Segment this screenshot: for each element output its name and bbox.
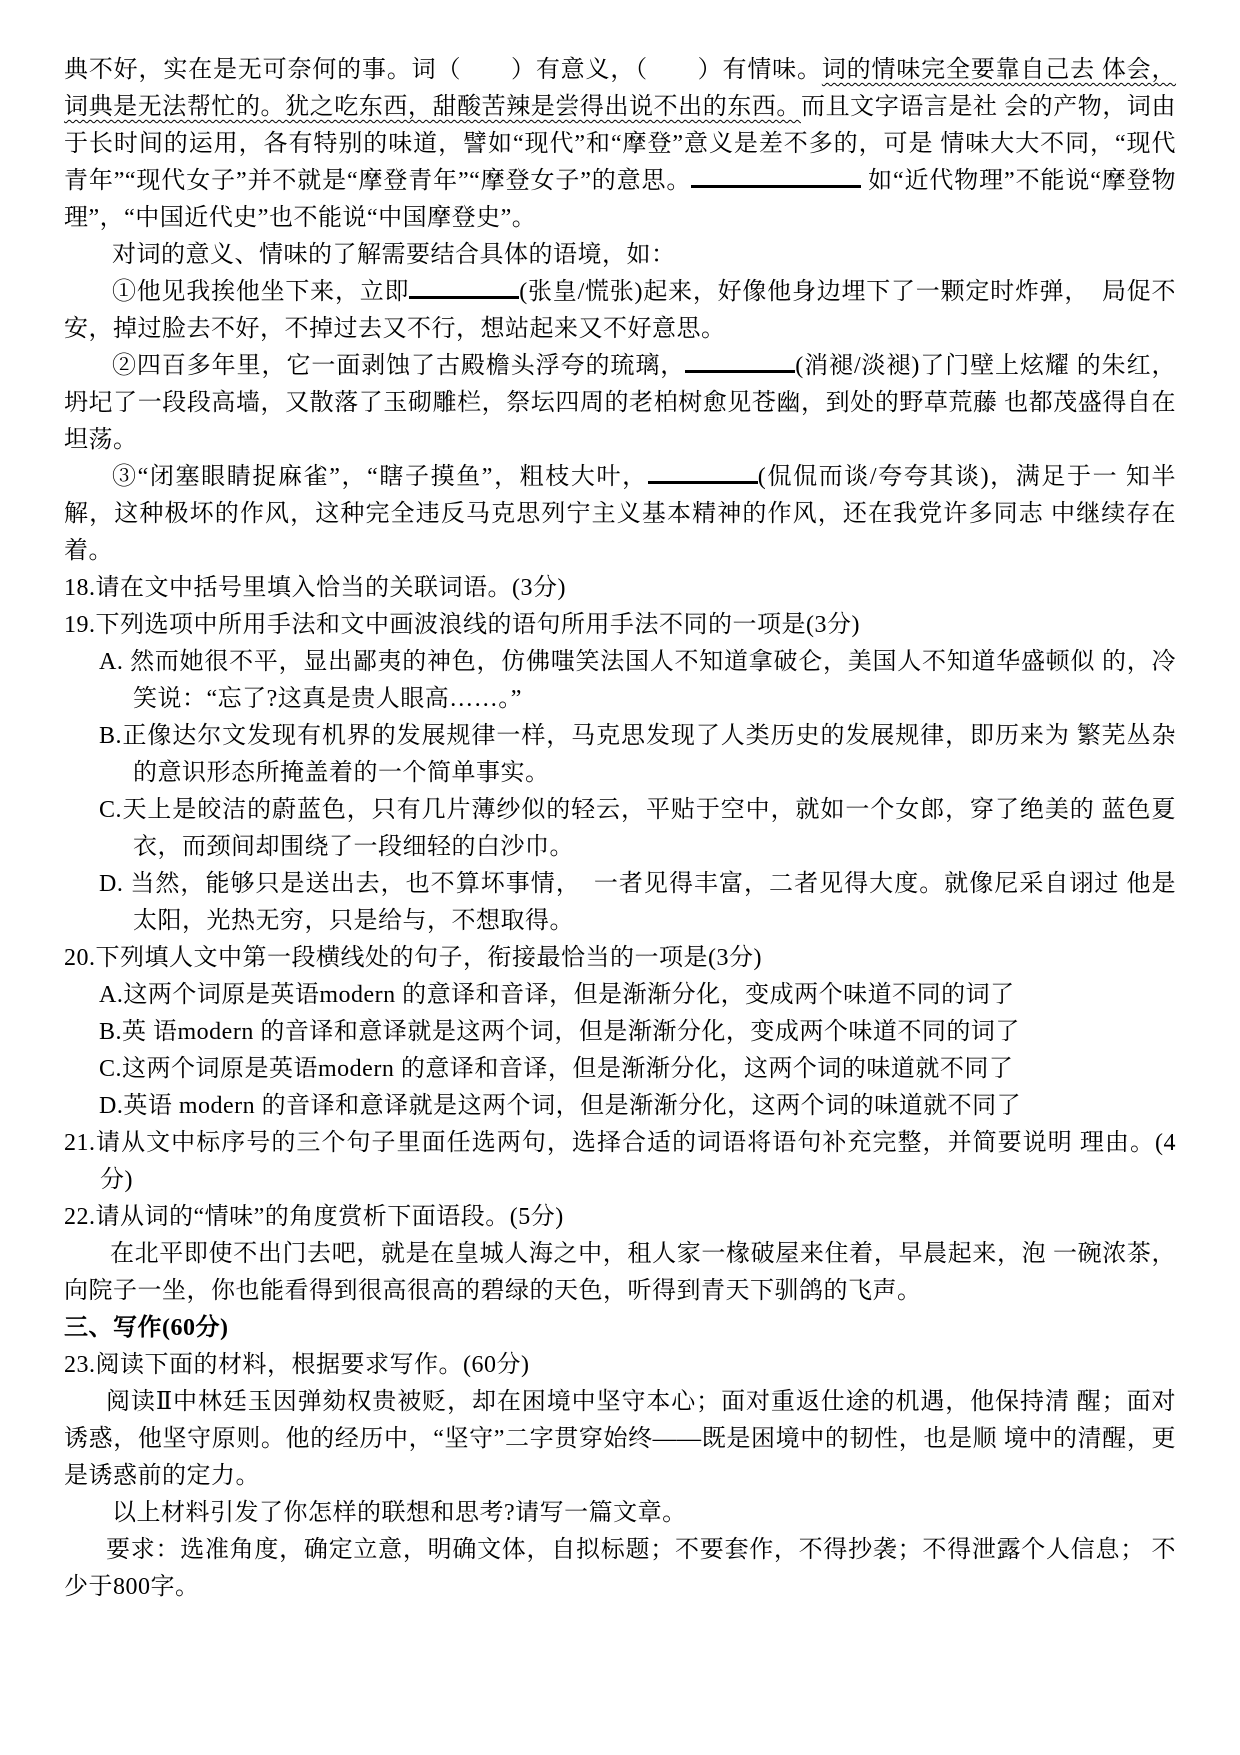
numbered-sentence-1: ①他见我挨他坐下来，立即(张皇/慌张)起来，好像他身边埋下了一颗定时炸弹， 局促… bbox=[64, 274, 1176, 348]
body-paragraph-continuation: 典不好，实在是无可奈何的事。词（ ）有意义，（ ）有情味。词的情味完全要靠自己去… bbox=[64, 52, 1176, 237]
text-run: 对词的意义、情味的了解需要结合具体的语境，如： bbox=[112, 242, 676, 268]
option-19-c: C.天上是皎洁的蔚蓝色，只有几片薄纱似的轻云，平贴于空中，就如一个女郎，穿了绝美… bbox=[64, 792, 1176, 866]
option-19-a: A. 然而她很不平，显出鄙夷的神色，仿佛嗤笑法国人不知道拿破仑，美国人不知道华盛… bbox=[64, 644, 1176, 718]
text-run: B.英 语modern 的音译和意译就是这两个词，但是渐渐分化，变成两个味道不同… bbox=[99, 1019, 1020, 1045]
text-run: 20.下列填人文中第一段横线处的句子，衔接最恰当的一项是(3分) bbox=[64, 945, 762, 971]
text-run: ②四百多年里，它一面剥蚀了古殿檐头浮夸的琉璃， bbox=[112, 353, 685, 379]
fill-in-blank-line bbox=[691, 163, 861, 188]
section-heading-writing: 三、写作(60分) bbox=[64, 1310, 1176, 1347]
question-22: 22.请从词的“情味”的角度赏析下面语段。(5分) bbox=[64, 1199, 1176, 1236]
text-run: C.天上是皎洁的蔚蓝色，只有几片薄纱似的轻云，平贴于空中，就如一个女郎，穿了绝美… bbox=[99, 797, 1176, 860]
text-run: ③“闭塞眼睛捉麻雀”，“瞎子摸鱼”，粗枝大叶， bbox=[112, 464, 648, 490]
fill-in-blank-line bbox=[685, 348, 795, 373]
option-20-c: C.这两个词原是英语modern 的意译和音译，但是渐渐分化，这两个词的味道就不… bbox=[64, 1051, 1176, 1088]
question-20: 20.下列填人文中第一段横线处的句子，衔接最恰当的一项是(3分) bbox=[64, 940, 1176, 977]
text-run: 三、写作(60分) bbox=[64, 1315, 228, 1341]
option-19-b: B.正像达尔文发现有机界的发展规律一样，马克思发现了人类历史的发展规律，即历来为… bbox=[64, 718, 1176, 792]
question-23: 23.阅读下面的材料，根据要求写作。(60分) bbox=[64, 1347, 1176, 1384]
fill-in-blank-line bbox=[648, 459, 758, 484]
text-run: 18.请在文中括号里填入恰当的关联词语。(3分) bbox=[64, 575, 566, 601]
text-run: 阅读Ⅱ中林廷玉因弹劾权贵被贬，却在困境中坚守本心；面对重返仕途的机遇，他保持清 … bbox=[64, 1389, 1176, 1489]
option-20-a: A.这两个词原是英语modern 的意译和音译，但是渐渐分化，变成两个味道不同的… bbox=[64, 977, 1176, 1014]
text-run: 在北平即使不出门去吧，就是在皇城人海之中，租人家一椽破屋来住着，早晨起来，泡 一… bbox=[64, 1241, 1176, 1304]
numbered-sentence-3: ③“闭塞眼睛捉麻雀”，“瞎子摸鱼”，粗枝大叶，(侃侃而谈/夸夸其谈)，满足于一 … bbox=[64, 459, 1176, 570]
page-content: 典不好，实在是无可奈何的事。词（ ）有意义，（ ）有情味。词的情味完全要靠自己去… bbox=[64, 52, 1176, 1606]
text-run: D. 当然，能够只是送出去，也不算坏事情， 一者见得丰富，二者见得大度。就像尼采… bbox=[99, 871, 1176, 934]
text-run: A.这两个词原是英语modern 的意译和音译，但是渐渐分化，变成两个味道不同的… bbox=[99, 982, 1015, 1008]
text-run: C.这两个词原是英语modern 的意译和音译，但是渐渐分化，这两个词的味道就不… bbox=[99, 1056, 1013, 1082]
requirements-paragraph: 要求：选准角度，确定立意，明确文体，自拟标题；不要套作，不得抄袭；不得泄露个人信… bbox=[64, 1532, 1176, 1606]
text-run: 22.请从词的“情味”的角度赏析下面语段。(5分) bbox=[64, 1204, 564, 1230]
text-run: 23.阅读下面的材料，根据要求写作。(60分) bbox=[64, 1352, 529, 1378]
context-intro: 对词的意义、情味的了解需要结合具体的语境，如： bbox=[64, 237, 1176, 274]
text-run: 19.下列选项中所用手法和文中画波浪线的语句所用手法不同的一项是(3分) bbox=[64, 612, 860, 638]
text-run: 21.请从文中标序号的三个句子里面任选两句，选择合适的词语将语句补充完整，并简要… bbox=[64, 1130, 1176, 1193]
text-run: ①他见我挨他坐下来，立即 bbox=[112, 279, 409, 305]
fill-in-blank-line bbox=[409, 274, 519, 299]
text-run: B.正像达尔文发现有机界的发展规律一样，马克思发现了人类历史的发展规律，即历来为… bbox=[99, 723, 1176, 786]
question-19: 19.下列选项中所用手法和文中画波浪线的语句所用手法不同的一项是(3分) bbox=[64, 607, 1176, 644]
numbered-sentence-2: ②四百多年里，它一面剥蚀了古殿檐头浮夸的琉璃，(消褪/淡褪)了门壁上炫耀 的朱红… bbox=[64, 348, 1176, 459]
question-18: 18.请在文中括号里填入恰当的关联词语。(3分) bbox=[64, 570, 1176, 607]
prompt-paragraph: 以上材料引发了你怎样的联想和思考?请写一篇文章。 bbox=[64, 1495, 1176, 1532]
text-run: 典不好，实在是无可奈何的事。词（ ）有意义，（ ）有情味。 bbox=[64, 57, 822, 83]
text-run: A. 然而她很不平，显出鄙夷的神色，仿佛嗤笑法国人不知道拿破仑，美国人不知道华盛… bbox=[99, 649, 1176, 712]
option-20-b: B.英 语modern 的音译和意译就是这两个词，但是渐渐分化，变成两个味道不同… bbox=[64, 1014, 1176, 1051]
option-20-d: D.英语 modern 的音译和意译就是这两个词，但是渐渐分化，这两个词的味道就… bbox=[64, 1088, 1176, 1125]
option-19-d: D. 当然，能够只是送出去，也不算坏事情， 一者见得丰富，二者见得大度。就像尼采… bbox=[64, 866, 1176, 940]
text-run: 要求：选准角度，确定立意，明确文体，自拟标题；不要套作，不得抄袭；不得泄露个人信… bbox=[64, 1537, 1176, 1600]
quoted-passage: 在北平即使不出门去吧，就是在皇城人海之中，租人家一椽破屋来住着，早晨起来，泡 一… bbox=[64, 1236, 1176, 1310]
question-21: 21.请从文中标序号的三个句子里面任选两句，选择合适的词语将语句补充完整，并简要… bbox=[64, 1125, 1176, 1199]
exam-page: 典不好，实在是无可奈何的事。词（ ）有意义，（ ）有情味。词的情味完全要靠自己去… bbox=[0, 0, 1240, 1755]
text-run: D.英语 modern 的音译和意译就是这两个词，但是渐渐分化，这两个词的味道就… bbox=[99, 1093, 1021, 1119]
material-paragraph: 阅读Ⅱ中林廷玉因弹劾权贵被贬，却在困境中坚守本心；面对重返仕途的机遇，他保持清 … bbox=[64, 1384, 1176, 1495]
text-run: 以上材料引发了你怎样的联想和思考?请写一篇文章。 bbox=[112, 1500, 687, 1526]
